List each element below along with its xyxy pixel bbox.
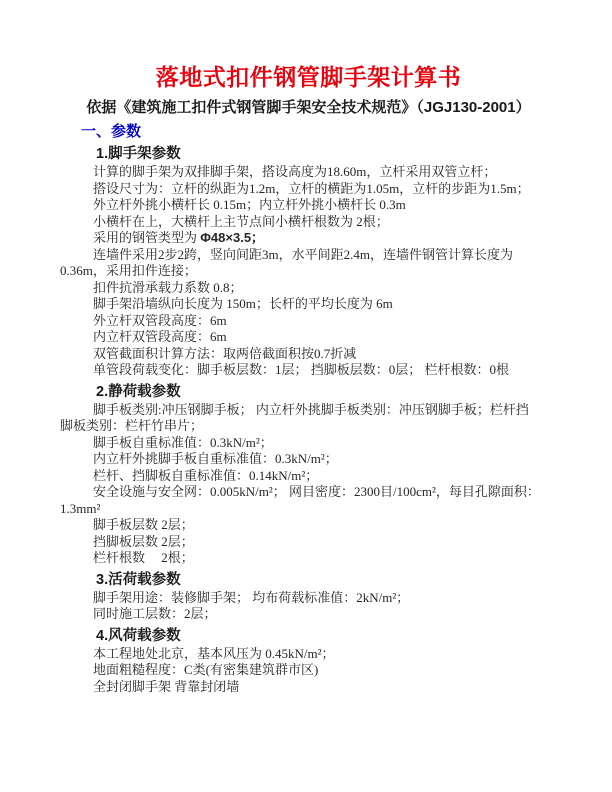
text-line: 计算的脚手架为双排脚手架，搭设高度为18.60m，立杆采用双管立杆； <box>60 164 557 181</box>
text-line: 0.36m，采用扣件连接； <box>60 263 557 280</box>
part-heading-parameters: 一、参数 <box>81 122 557 141</box>
text-line: 本工程地处北京，基本风压为 0.45kN/m²； <box>60 646 557 663</box>
document-content: 落地式扣件钢管脚手架计算书 依据《建筑施工扣件式钢管脚手架安全技术规范》（JGJ… <box>60 64 557 695</box>
text-line: 脚手板自重标准值：0.3kN/m²； <box>60 435 557 452</box>
text-line: 全封闭脚手架 背靠封闭墙 <box>60 679 557 696</box>
text-line: 脚手板层数 2层； <box>60 517 557 534</box>
section-heading-dead-load-params: 2.静荷载参数 <box>96 383 557 401</box>
pipe-type-value: Φ48×3.5； <box>200 230 264 245</box>
text-line: 单管段荷载变化：脚手板层数：1层； 挡脚板层数：0层； 栏杆根数：0根 <box>60 362 557 379</box>
text-line: 外立杆外挑小横杆长 0.15m；内立杆外挑小横杆长 0.3m <box>60 197 557 214</box>
text-line: 挡脚板层数 2层； <box>60 534 557 551</box>
text-line: 同时施工层数：2层； <box>60 606 557 623</box>
calculation-document-page: 落地式扣件钢管脚手架计算书 依据《建筑施工扣件式钢管脚手架安全技术规范》（JGJ… <box>0 0 612 792</box>
text-line: 1.3mm² <box>60 501 557 518</box>
text-line: 连墙件采用2步2跨，竖向间距3m，水平间距2.4m，连墙件钢管计算长度为 <box>60 247 557 264</box>
text-line: 地面粗糙程度：C类(有密集建筑群市区) <box>60 662 557 679</box>
document-title: 落地式扣件钢管脚手架计算书 <box>60 64 557 91</box>
text-line: 脚手板类别:冲压钢脚手板； 内立杆外挑脚手板类别：冲压钢脚手板；栏杆挡 <box>60 402 557 419</box>
text-line: 脚手架用途：装修脚手架； 均布荷载标准值：2kN/m²； <box>60 590 557 607</box>
text-line: 安全设施与安全网：0.005kN/m²； 网目密度：2300目/100cm²，每… <box>60 484 557 501</box>
text-line: 脚板类别：栏杆竹串片； <box>60 418 557 435</box>
text-line: 搭设尺寸为：立杆的纵距为1.2m，立杆的横距为1.05m，立杆的步距为1.5m； <box>60 181 557 198</box>
section-heading-live-load-params: 3.活荷载参数 <box>96 571 557 589</box>
text-line: 内立杆外挑脚手板自重标准值：0.3kN/m²； <box>60 451 557 468</box>
text-line: 内立杆双管段高度：6m <box>60 329 557 346</box>
text-line: 栏杆、挡脚板自重标准值：0.14kN/m²； <box>60 468 557 485</box>
document-subtitle: 依据《建筑施工扣件式钢管脚手架安全技术规范》（JGJ130-2001） <box>60 98 557 117</box>
text-line: 小横杆在上，大横杆上主节点间小横杆根数为 2根； <box>60 214 557 231</box>
text-line: 外立杆双管段高度：6m <box>60 313 557 330</box>
text-line: 扣件抗滑承载力系数 0.8； <box>60 280 557 297</box>
text-line-pipe-type: 采用的钢管类型为 Φ48×3.5； <box>60 230 557 247</box>
pipe-type-label: 采用的钢管类型为 <box>93 230 200 245</box>
section-heading-wind-load-params: 4.风荷载参数 <box>96 627 557 645</box>
text-line: 双管截面积计算方法：取两倍截面积按0.7折减 <box>60 346 557 363</box>
section-heading-scaffold-params: 1.脚手架参数 <box>96 145 557 163</box>
text-line: 栏杆根数 2根； <box>60 550 557 567</box>
text-line: 脚手架沿墙纵向长度为 150m；长杆的平均长度为 6m <box>60 296 557 313</box>
